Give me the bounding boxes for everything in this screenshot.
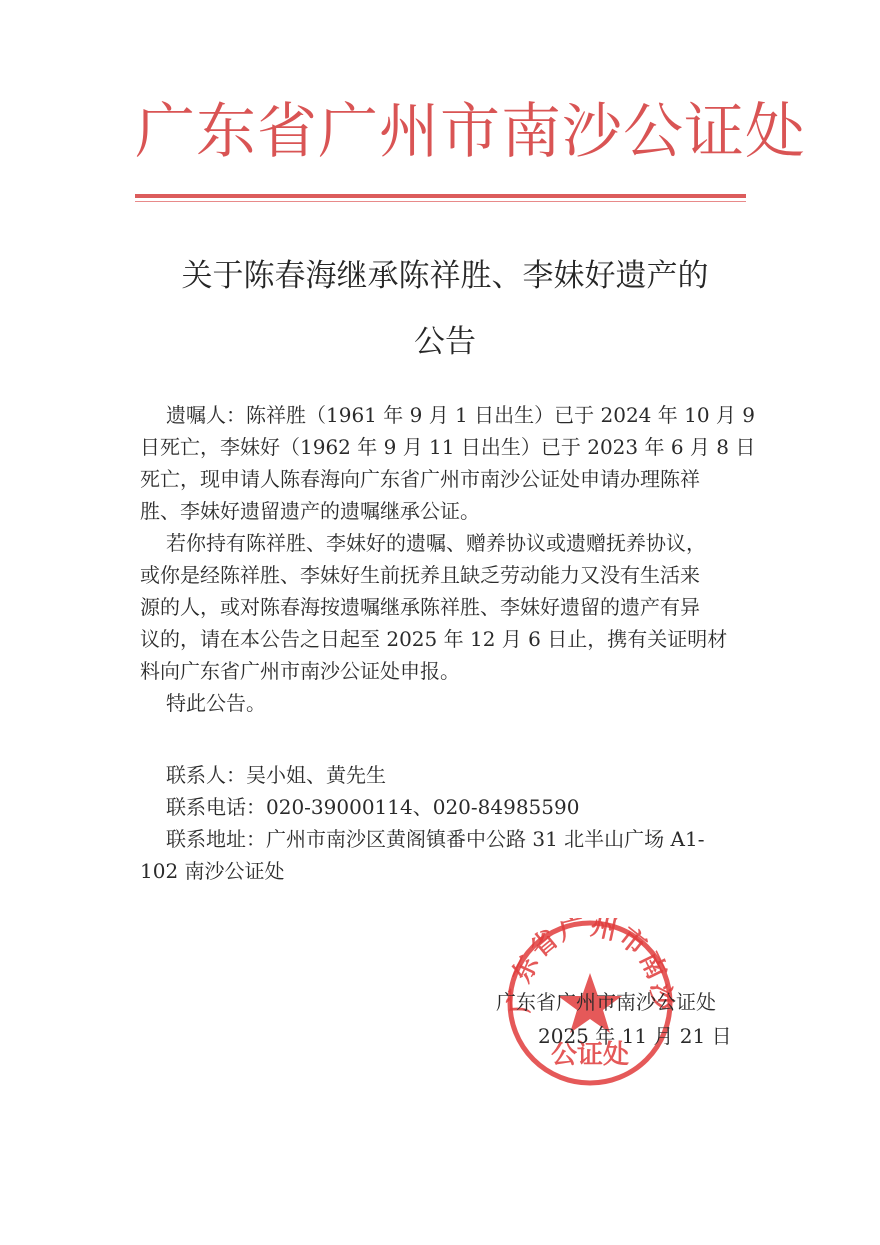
text-line: 胜、李妹好遗留遗产的遗嘱继承公证。 [140,495,755,527]
text-line: 源的人，或对陈春海按遗嘱继承陈祥胜、李妹好遗留的遗产有异 [140,591,755,623]
text-line: 遗嘱人：陈祥胜（1961 年 9 月 1 日出生）已于 2024 年 10 月 … [140,399,755,431]
contact-address-line2: 102 南沙公证处 [140,855,755,887]
letterhead-title: 广东省广州市南沙公证处 [135,92,747,172]
signature-organization: 广东省广州市南沙公证处 [496,986,716,1015]
contact-phone: 联系电话：020-39000114、020-84985590 [140,791,755,823]
text-line: 日死亡，李妹好（1962 年 9 月 11 日出生）已于 2023 年 6 月 … [140,431,755,463]
contact-address-line1: 联系地址：广州市南沙区黄阁镇番中公路 31 北半山广场 A1- [140,823,755,855]
contact-block: 联系人：吴小姐、黄先生 联系电话：020-39000114、020-849855… [140,759,755,887]
document-title-line2: 公告 [5,316,880,361]
closing-text: 特此公告。 [140,687,755,719]
text-line: 料向广东省广州市南沙公证处申报。 [140,655,755,687]
contact-person: 联系人：吴小姐、黄先生 [140,759,755,791]
signature-date: 2025 年 11 月 21 日 [538,1020,732,1049]
text-line: 或你是经陈祥胜、李妹好生前抚养且缺乏劳动能力又没有生活来 [140,559,755,591]
paragraph-objection: 若你持有陈祥胜、李妹好的遗嘱、赠养协议或遗赠抚养协议， 或你是经陈祥胜、李妹好生… [140,527,755,719]
document-title-line1: 关于陈春海继承陈祥胜、李妹好遗产的 [5,250,880,295]
text-line: 死亡，现申请人陈春海向广东省广州市南沙公证处申请办理陈祥 [140,463,755,495]
letterhead-rule-thick [135,194,746,198]
paragraph-testator: 遗嘱人：陈祥胜（1961 年 9 月 1 日出生）已于 2024 年 10 月 … [140,399,755,527]
text-line: 议的，请在本公告之日起至 2025 年 12 月 6 日止，携有关证明材 [140,623,755,655]
text-line: 若你持有陈祥胜、李妹好的遗嘱、赠养协议或遗赠抚养协议， [140,527,755,559]
letterhead-rule-thin [135,201,746,202]
